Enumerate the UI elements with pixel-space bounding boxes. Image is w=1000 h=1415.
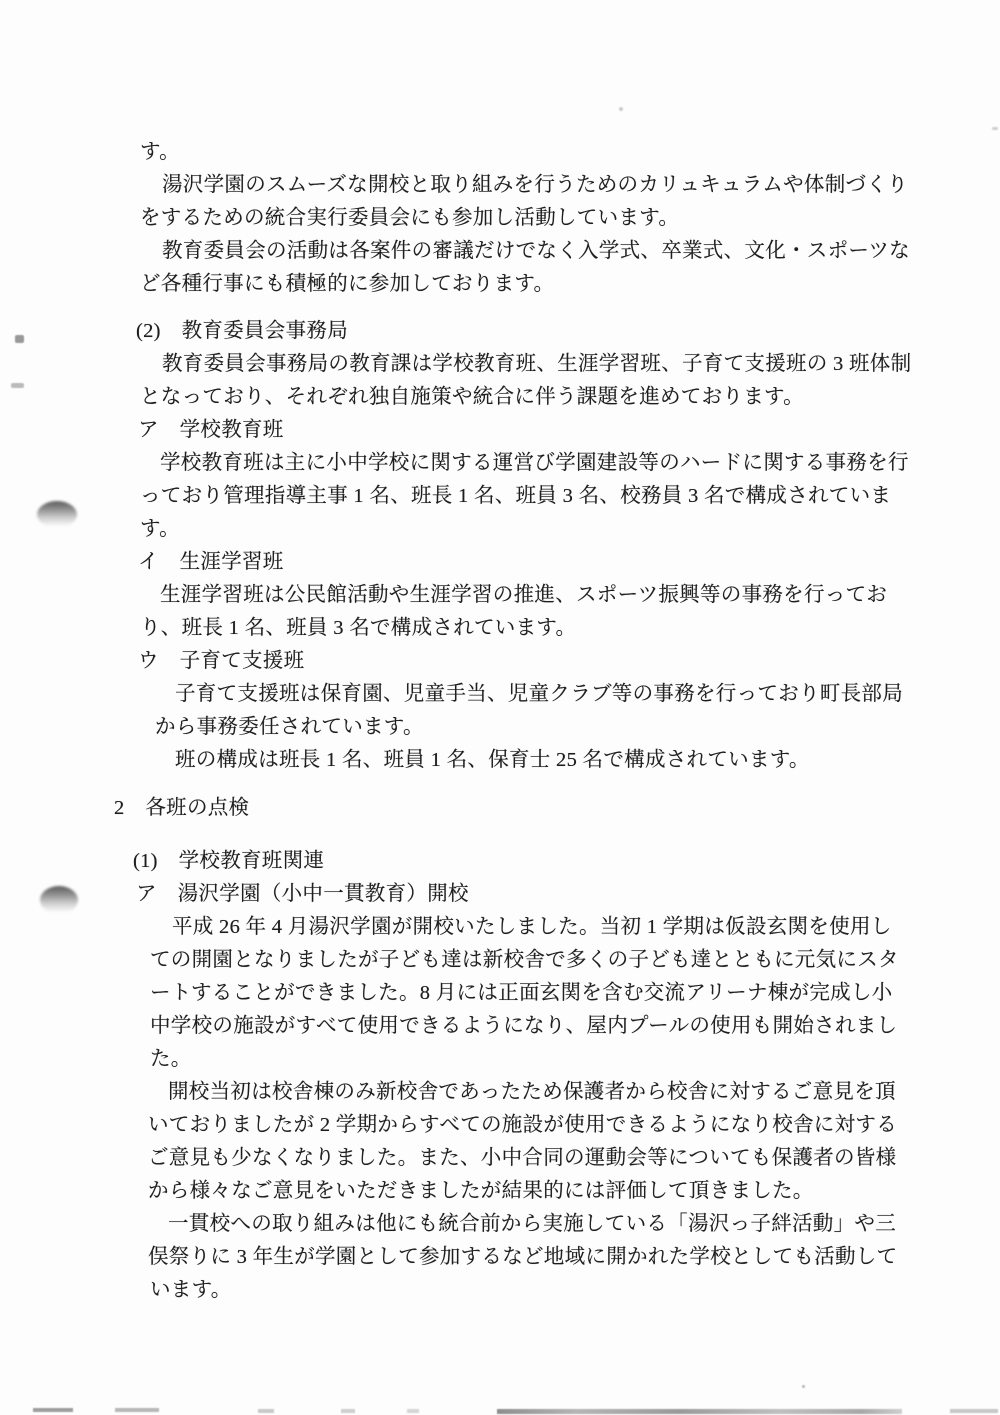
scan-speck [992,127,998,130]
doc-heading-section-2: (2) 教育委員会事務局 [136,315,1000,348]
scan-edge-mark [341,1409,355,1413]
scan-edge-mark [407,1409,419,1413]
doc-line: ど各種行事にも積極的に参加しております。 [140,268,1000,301]
doc-line: から様々なご意見をいただきましたが結果的には評価して頂きました。 [148,1175,1000,1208]
doc-line: ての開園となりましたが子ども達は新校舎で多くの子ども達とともに元気にスタ [150,944,1000,977]
doc-line: 開校当初は校舎棟のみ新校舎であったため保護者から校舎に対するご意見を頂 [168,1076,1000,1109]
scan-edge-mark [950,1409,998,1413]
scan-speck [802,1385,805,1388]
doc-line: 中学校の施設がすべて使用できるようになり、屋内プールの使用も開始されまし [150,1010,1000,1043]
doc-line: っており管理指導主事 1 名、班長 1 名、班員 3 名、校務員 3 名で構成さ… [140,480,1000,513]
doc-line: をするための統合実行委員会にも参加し活動しています。 [140,202,1000,235]
punch-hole-shadow [37,501,77,528]
scan-edge-mark [497,1409,902,1414]
doc-line: 平成 26 年 4 月湯沢学園が開校いたしました。当初 1 学期は仮設玄関を使用… [172,911,1000,944]
doc-heading-section-1: (1) 学校教育班関連 [133,845,1000,878]
doc-line: 班の構成は班長 1 名、班員 1 名、保育士 25 名で構成されています。 [175,744,1000,777]
paragraph-gap [0,777,1000,792]
doc-line: り、班長 1 名、班員 3 名で構成されています。 [140,612,1000,645]
paragraph-gap [0,825,1000,845]
doc-line: す。 [140,136,1000,169]
scan-speck [15,335,24,343]
scan-speck [619,107,623,111]
scanned-page: す。 湯沢学園のスムーズな開校と取り組みを行うためのカリュキュラムや体制づくり … [0,136,1000,1307]
doc-line: から事務委任されています。 [155,711,1000,744]
doc-line: ご意見も少なくなりました。また、小中合同の運動会等についても保護者の皆様 [148,1142,1000,1175]
doc-line: いておりましたが 2 学期からすべての施設が使用できるようになり校舎に対する [148,1109,1000,1142]
doc-heading-item-i: イ 生涯学習班 [138,546,1000,579]
doc-line: 子育て支援班は保育園、児童手当、児童クラブ等の事務を行っており町長部局 [175,678,1000,711]
doc-line: た。 [150,1043,1000,1076]
scan-edge-mark [33,1408,73,1412]
doc-heading-item-a: ア 学校教育班 [138,414,1000,447]
punch-hole-shadow [40,886,78,914]
doc-heading-chapter-2: 2 各班の点検 [114,792,1000,825]
scan-speck [11,383,24,388]
doc-heading-item-u: ウ 子育て支援班 [138,645,1000,678]
doc-line: 湯沢学園のスムーズな開校と取り組みを行うためのカリュキュラムや体制づくり [162,169,1000,202]
doc-line: 俣祭りに 3 年生が学園として参加するなど地域に開かれた学校としても活動して [148,1241,1000,1274]
doc-line: 一貫校への取り組みは他にも統合前から実施している「湯沢っ子絆活動」や三 [168,1208,1000,1241]
doc-heading-item-a2: ア 湯沢学園（小中一貫教育）開校 [136,878,1000,911]
paragraph-gap [0,301,1000,315]
doc-line: ートすることができました。8 月には正面玄関を含む交流アリーナ棟が完成し小 [150,977,1000,1010]
doc-line: す。 [140,513,1000,546]
doc-line: 教育委員会事務局の教育課は学校教育班、生涯学習班、子育て支援班の 3 班体制 [162,348,1000,381]
scan-edge-mark [115,1408,159,1412]
doc-line: 学校教育班は主に小中学校に関する運営び学園建設等のハードに関する事務を行 [160,447,1000,480]
doc-line: います。 [150,1274,1000,1307]
doc-line: 教育委員会の活動は各案件の審議だけでなく入学式、卒業式、文化・スポーツな [162,235,1000,268]
doc-line: となっており、それぞれ独自施策や統合に伴う課題を進めております。 [140,381,1000,414]
scan-edge-mark [258,1409,274,1413]
doc-line: 生涯学習班は公民館活動や生涯学習の推進、スポーツ振興等の事務を行ってお [160,579,1000,612]
